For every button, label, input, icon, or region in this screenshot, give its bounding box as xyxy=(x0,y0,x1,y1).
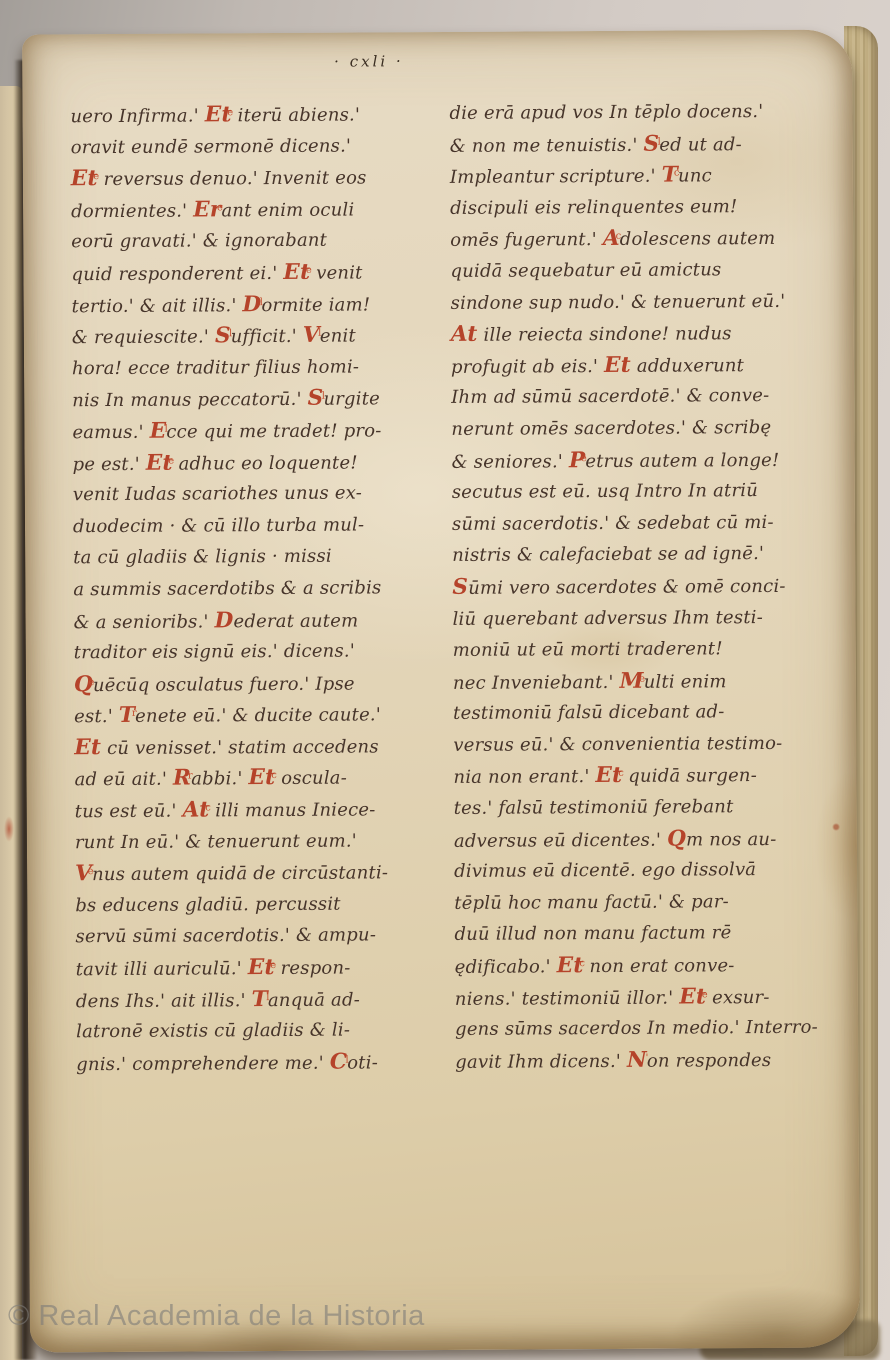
manuscript-line: uero Infirma.' Ete iterū abiens.' xyxy=(70,98,395,132)
text-run: nerunt omēs sacerdotes.' & scribę xyxy=(451,417,771,440)
text-run: & a senioribs.' xyxy=(74,611,215,633)
rubric-initial: El xyxy=(150,419,167,444)
text-run: enit xyxy=(320,326,356,347)
rubric-initial: Tc xyxy=(662,163,678,188)
text-run: ufficit.' xyxy=(231,326,303,347)
manuscript-line: Ete reversus denuo.' Invenit eos xyxy=(71,161,396,195)
rubric-initial: Me xyxy=(620,668,644,693)
text-run: cū venisset.' statim accedens xyxy=(101,736,379,759)
text-run: on respondes xyxy=(647,1050,772,1072)
text-run: dormientes.' xyxy=(71,200,193,222)
rubric-guide-letter: l xyxy=(318,318,321,350)
manuscript-line: eamus.' Elcce qui me tradet! pro- xyxy=(72,414,397,448)
rubric-initial: Ere xyxy=(193,197,221,222)
rubric-initial: Etc xyxy=(557,953,584,978)
manuscript-line: duū illud non manu factum rē xyxy=(454,917,814,951)
manuscript-line: liū querebant adversus Ihm testi- xyxy=(452,601,812,635)
text-column-right: die erā apud vos In tēplo docens.'& non … xyxy=(449,96,815,1108)
text-run: & requiescite.' xyxy=(72,327,215,349)
text-run: & seniores.' xyxy=(452,451,569,473)
text-run: oti- xyxy=(347,1052,378,1073)
text-run: exsur- xyxy=(706,987,770,1008)
manuscript-line: hora! ecce traditur filius homi- xyxy=(72,351,397,385)
text-run: eamus.' xyxy=(72,422,149,443)
manuscript-line: & requiescite.' Slufficit.' Vlenit xyxy=(72,319,397,353)
text-run: tes.' falsū testimoniū ferebant xyxy=(454,796,734,819)
manuscript-line: & non me tenuistis.' Sled ut ad- xyxy=(450,127,810,161)
text-run: Ihm ad sūmū sacerdotē.' & conve- xyxy=(451,385,769,408)
text-run: adversus eū dicentes.' xyxy=(454,829,667,851)
rubric-initial: Sl xyxy=(308,386,324,411)
text-run: quid responderent ei.' xyxy=(71,263,283,285)
text-run: pe est.' xyxy=(73,453,146,474)
manuscript-line: oravit eundē sermonē dicens.' xyxy=(71,130,396,164)
text-run: quidā sequebatur eū amictus xyxy=(450,259,721,282)
manuscript-line: tes.' falsū testimoniū ferebant xyxy=(454,791,814,825)
manuscript-line: nistris & calefaciebat se ad ignē.' xyxy=(452,538,812,572)
manuscript-line: nerunt omēs sacerdotes.' & scribę xyxy=(451,412,811,446)
text-run: ed ut ad- xyxy=(659,134,742,156)
manuscript-line: tavit illi auriculū.' Ete respon- xyxy=(76,951,401,985)
text-run: nistris & calefaciebat se ad ignē.' xyxy=(452,543,764,566)
rubric-guide-letter: ' xyxy=(646,1043,649,1075)
rubric-guide-letter: e xyxy=(88,856,94,888)
text-run: adduxerunt xyxy=(631,355,744,377)
text-run: ormite iam! xyxy=(261,294,370,316)
text-run: die erā apud vos In tēplo docens.' xyxy=(449,101,763,124)
rubric-guide-letter: c xyxy=(205,792,211,824)
manuscript-page: · cxli · uero Infirma.' Ete iterū abiens… xyxy=(22,29,860,1352)
text-run: ulti enim xyxy=(644,671,727,693)
text-run: traditor eis signū eis.' dicens.' xyxy=(74,641,355,664)
rubric-initial: Rr xyxy=(173,766,191,791)
manuscript-line: ad eū ait.' Rrabbi.' Etc oscula- xyxy=(74,762,399,796)
manuscript-line: niens.' testimoniū illor.' Ete exsur- xyxy=(455,980,815,1014)
manuscript-line: Sūmi vero sacerdotes & omē conci- xyxy=(452,570,812,604)
manuscript-line: versus eū.' & convenientia testimo- xyxy=(453,728,813,762)
rubric-guide-letter: e xyxy=(88,667,94,699)
text-run: testimoniū falsū dicebant ad- xyxy=(453,702,724,725)
rubric-initial: Q xyxy=(667,826,686,851)
text-run: iterū abiens.' xyxy=(232,104,361,126)
text-run: est.' xyxy=(74,706,119,727)
rubric-guide-letter: e xyxy=(270,950,276,982)
rubric-guide-letter: l xyxy=(260,287,263,319)
manuscript-line: Qeuēcūq osculatus fuero.' Ipse xyxy=(74,667,399,701)
text-run: oravit eundē sermonē dicens.' xyxy=(71,135,352,158)
text-run: adhuc eo loquente! xyxy=(173,452,358,474)
rubric-initial: S xyxy=(452,575,468,600)
manuscript-line: servū sūmi sacerdotis.' & ampu- xyxy=(75,920,400,954)
text-run: moniū ut eū morti traderent! xyxy=(453,638,723,661)
manuscript-line: dormientes.' Ereant enim oculi xyxy=(71,193,396,227)
rubric-initial: Tl xyxy=(252,987,268,1012)
rubric-initial: Et xyxy=(74,735,101,760)
text-run: respon- xyxy=(275,958,351,979)
manuscript-line: est.' Trenete eū.' & ducite caute.' xyxy=(74,699,399,733)
text-run: ille reiecta sindone! nudus xyxy=(478,323,732,346)
text-run: unc xyxy=(678,166,712,187)
text-run: tēplū hoc manu factū.' & par- xyxy=(454,891,729,914)
text-run: urgite xyxy=(323,389,380,410)
text-run: sūmi sacerdotis.' & sedebat cū mi- xyxy=(452,512,774,535)
manuscript-line: latronē existis cū gladiis & li- xyxy=(76,1014,401,1048)
rubric-initial: Ete xyxy=(205,102,232,127)
text-run: anquā ad- xyxy=(268,989,360,1011)
text-run: duū illud non manu factum rē xyxy=(454,923,731,946)
text-run: illi manus Iniece- xyxy=(209,799,375,821)
text-run: dens Ihs.' ait illis.' xyxy=(76,990,252,1012)
rubric-initial: Sl xyxy=(215,323,231,348)
rubric-initial: Dl xyxy=(242,292,261,317)
text-run: gnis.' comprehendere me.' xyxy=(76,1052,330,1075)
rubric-initial: Ete xyxy=(248,955,275,980)
rubric-initial: Ete xyxy=(283,260,310,285)
manuscript-line: sūmi sacerdotis.' & sedebat cū mi- xyxy=(452,506,812,540)
text-run: gens sūms sacerdos In medio.' Interro- xyxy=(455,1017,818,1040)
rubric-guide-letter: c xyxy=(674,158,680,190)
text-run: dolescens autem xyxy=(620,228,776,250)
manuscript-line: nis In manus peccatorū.' Slurgite xyxy=(72,383,397,417)
text-run: ędificabo.' xyxy=(455,956,557,978)
text-run: ad eū ait.' xyxy=(74,769,173,791)
manuscript-line: runt In eū.' & tenuerunt eum.' xyxy=(75,825,400,859)
rubric-initial: Etc xyxy=(595,763,622,788)
text-run: gavit Ihm dicens.' xyxy=(455,1051,627,1073)
text-run: tertio.' & ait illis.' xyxy=(72,295,243,317)
text-run: Impleantur scripture.' xyxy=(450,166,662,188)
text-run: secutus est eū. usq Intro In atriū xyxy=(452,480,758,503)
manuscript-line: testimoniū falsū dicebant ad- xyxy=(453,696,813,730)
manuscript-line: venit Iudas scariothes unus ex- xyxy=(73,477,398,511)
text-run: ūmi vero sacerdotes & omē conci- xyxy=(468,576,786,599)
rubric-guide-letter: e xyxy=(168,445,174,477)
rubric-initial: Pe xyxy=(569,448,586,473)
manuscript-line: duodecim · & cū illo turba mul- xyxy=(73,509,398,543)
rubric-guide-letter: e xyxy=(639,663,645,695)
text-run: nia non erant.' xyxy=(453,767,595,789)
text-run: omēs fugerunt.' xyxy=(450,229,603,251)
rubric-initial: Ete xyxy=(679,984,706,1009)
rubric-guide-letter: r xyxy=(132,698,137,730)
rubric-guide-letter: l xyxy=(165,414,168,446)
manuscript-line: nec Inveniebant.' Meulti enim xyxy=(453,664,813,698)
text-column-left: uero Infirma.' Ete iterū abiens.'oravit … xyxy=(70,98,401,1110)
text-run: m nos au- xyxy=(686,829,777,851)
text-run: etrus autem a longe! xyxy=(585,449,779,471)
text-run: reversus denuo.' Invenit eos xyxy=(98,168,367,191)
rubric-initial: Etc xyxy=(248,765,275,790)
manuscript-line: secutus est eū. usq Intro In atriū xyxy=(452,475,812,509)
rubric-initial: Qe xyxy=(74,672,93,697)
rubric-initial: Ete xyxy=(71,166,98,191)
text-run: tavit illi auriculū.' xyxy=(76,958,248,980)
manuscript-line: Ihm ad sūmū sacerdotē.' & conve- xyxy=(451,380,811,414)
text-run: nus autem quidā de circūstanti- xyxy=(92,863,388,886)
manuscript-line: ta cū gladiis & lignis · missi xyxy=(73,541,398,575)
text-run: nis In manus peccatorū.' xyxy=(72,389,308,411)
rubric-guide-letter: c xyxy=(271,760,277,792)
manuscript-line: tus est eū.' Atc illi manus Iniece- xyxy=(75,793,400,827)
text-run: servū sūmi sacerdotis.' & ampu- xyxy=(75,925,376,948)
manuscript-line: gens sūms sacerdos In medio.' Interro- xyxy=(455,1012,815,1046)
manuscript-line: quid responderent ei.' Ete venit xyxy=(71,256,396,290)
rubric-guide-letter: c xyxy=(579,948,585,980)
rubric-guide-letter: e xyxy=(217,192,223,224)
text-run: ant enim oculi xyxy=(221,199,354,221)
rubric-guide-letter: l xyxy=(322,381,325,413)
text-run: venit Iudas scariothes unus ex- xyxy=(73,483,362,506)
rubric-initial: Ac xyxy=(603,226,620,251)
rubric-initial: N' xyxy=(627,1048,647,1073)
manuscript-line: tēplū hoc manu factū.' & par- xyxy=(454,886,814,920)
manuscript-line: traditor eis signū eis.' dicens.' xyxy=(74,635,399,669)
manuscript-line: ędificabo.' Etc non erat conve- xyxy=(455,949,815,983)
text-run: bs educens gladiū. percussit xyxy=(75,893,341,916)
text-run: quidā surgen- xyxy=(622,766,757,788)
manuscript-line: tertio.' & ait illis.' Dlormite iam! xyxy=(72,288,397,322)
rubric-initial: Atc xyxy=(183,797,210,822)
rubric-guide-letter: e xyxy=(702,979,708,1011)
text-run: niens.' testimoniū illor.' xyxy=(455,987,680,1009)
manuscript-line: Impleantur scripture.' Tcunc xyxy=(450,159,810,193)
manuscript-line: & a senioribs.' Dederat autem xyxy=(73,604,398,638)
manuscript-line: divimus eū dicentē. ego dissolvā xyxy=(454,854,814,888)
text-run: liū querebant adversus Ihm testi- xyxy=(452,607,763,630)
rubric-initial: Tr xyxy=(119,703,135,728)
rubric-guide-letter: l xyxy=(345,1044,348,1076)
rubric-initial: At xyxy=(451,322,478,347)
manuscript-line: die erā apud vos In tēplo docens.' xyxy=(449,96,809,130)
text-run: sindone sup nudo.' & tenuerunt eū.' xyxy=(451,290,786,313)
text-run: uēcūq osculatus fuero.' Ipse xyxy=(93,673,355,696)
text-run: uero Infirma.' xyxy=(70,105,204,127)
rubric-guide-letter: c xyxy=(616,221,622,253)
rubric-initial: Et xyxy=(604,353,631,378)
manuscript-line: nia non erant.' Etc quidā surgen- xyxy=(453,759,813,793)
manuscript-line: omēs fugerunt.' Acdolescens autem xyxy=(450,222,810,256)
manuscript-line: quidā sequebatur eū amictus xyxy=(450,254,810,288)
manuscript-line: & seniores.' Peetrus autem a longe! xyxy=(452,443,812,477)
text-run: tus est eū.' xyxy=(75,801,183,823)
text-run: profugit ab eis.' xyxy=(451,356,604,378)
manuscript-line: moniū ut eū morti traderent! xyxy=(453,633,813,667)
text-run: duodecim · & cū illo turba mul- xyxy=(73,514,364,537)
manuscript-line: bs educens gladiū. percussit xyxy=(75,888,400,922)
rubric-guide-letter: l xyxy=(266,982,269,1014)
rubric-initial: Ve xyxy=(75,861,92,886)
rubric-guide-letter: c xyxy=(618,758,624,790)
manuscript-line: sindone sup nudo.' & tenuerunt eū.' xyxy=(451,285,811,319)
text-block: uero Infirma.' Ete iterū abiens.'oravit … xyxy=(70,96,836,1111)
rubric-guide-letter: e xyxy=(227,97,233,129)
folio-number: · cxli · xyxy=(334,52,404,70)
rubric-guide-letter: e xyxy=(581,443,587,475)
manuscript-line: dens Ihs.' ait illis.' Tlanquā ad- xyxy=(76,983,401,1017)
manuscript-line: eorū gravati.' & ignorabant xyxy=(71,225,396,259)
rubric-initial: D xyxy=(214,608,233,633)
text-run: versus eū.' & convenientia testimo- xyxy=(453,733,782,756)
rubric-initial: Vl xyxy=(303,323,320,348)
red-pigment-smudge xyxy=(4,816,14,842)
text-run: runt In eū.' & tenuerunt eum.' xyxy=(75,830,357,853)
text-run: ta cū gladiis & lignis · missi xyxy=(73,546,332,569)
text-run: eorū gravati.' & ignorabant xyxy=(71,230,327,253)
text-run: enete eū.' & ducite caute.' xyxy=(135,705,381,728)
text-run: ederat autem xyxy=(233,610,358,632)
text-run: a summis sacerdotibs & a scribis xyxy=(73,577,381,600)
text-run: venit xyxy=(310,262,362,283)
manuscript-line: gavit Ihm dicens.' N'on respondes xyxy=(455,1044,815,1078)
text-run: nec Inveniebant.' xyxy=(453,672,620,694)
text-run: cce qui me tradet! pro- xyxy=(166,420,381,442)
rubric-initial: Ete xyxy=(146,450,173,475)
manuscript-line: pe est.' Ete adhuc eo loquente! xyxy=(73,446,398,480)
text-run: latronē existis cū gladiis & li- xyxy=(76,1020,350,1043)
text-run: abbi.' xyxy=(191,769,248,790)
copyright-watermark: © Real Academia de la Historia xyxy=(8,1300,425,1333)
manuscript-line: discipuli eis relinquentes eum! xyxy=(450,191,810,225)
text-run: divimus eū dicentē. ego dissolvā xyxy=(454,859,756,882)
rubric-guide-letter: l xyxy=(657,126,660,158)
text-run: & non me tenuistis.' xyxy=(450,134,644,156)
text-run: oscula- xyxy=(275,768,347,789)
manuscript-line: adversus eū dicentes.' Qm nos au- xyxy=(454,822,814,856)
rubric-initial: Cl xyxy=(330,1049,348,1074)
text-run: discipuli eis relinquentes eum! xyxy=(450,196,738,219)
manuscript-line: profugit ab eis.' Et adduxerunt xyxy=(451,348,811,382)
rubric-guide-letter: l xyxy=(229,318,232,350)
text-run: non erat conve- xyxy=(583,955,734,977)
manuscript-line: At ille reiecta sindone! nudus xyxy=(451,317,811,351)
manuscript-line: Et cū venisset.' statim accedens xyxy=(74,730,399,764)
rubric-guide-letter: e xyxy=(306,255,312,287)
rubric-guide-letter: e xyxy=(93,161,99,193)
text-run: hora! ecce traditur filius homi- xyxy=(72,356,359,379)
manuscript-line: gnis.' comprehendere me.' Cloti- xyxy=(76,1046,401,1080)
manuscript-line: Venus autem quidā de circūstanti- xyxy=(75,857,400,891)
rubric-guide-letter: r xyxy=(188,761,193,793)
manuscript-line: a summis sacerdotibs & a scribis xyxy=(73,572,398,606)
rubric-initial: Sl xyxy=(643,131,659,156)
